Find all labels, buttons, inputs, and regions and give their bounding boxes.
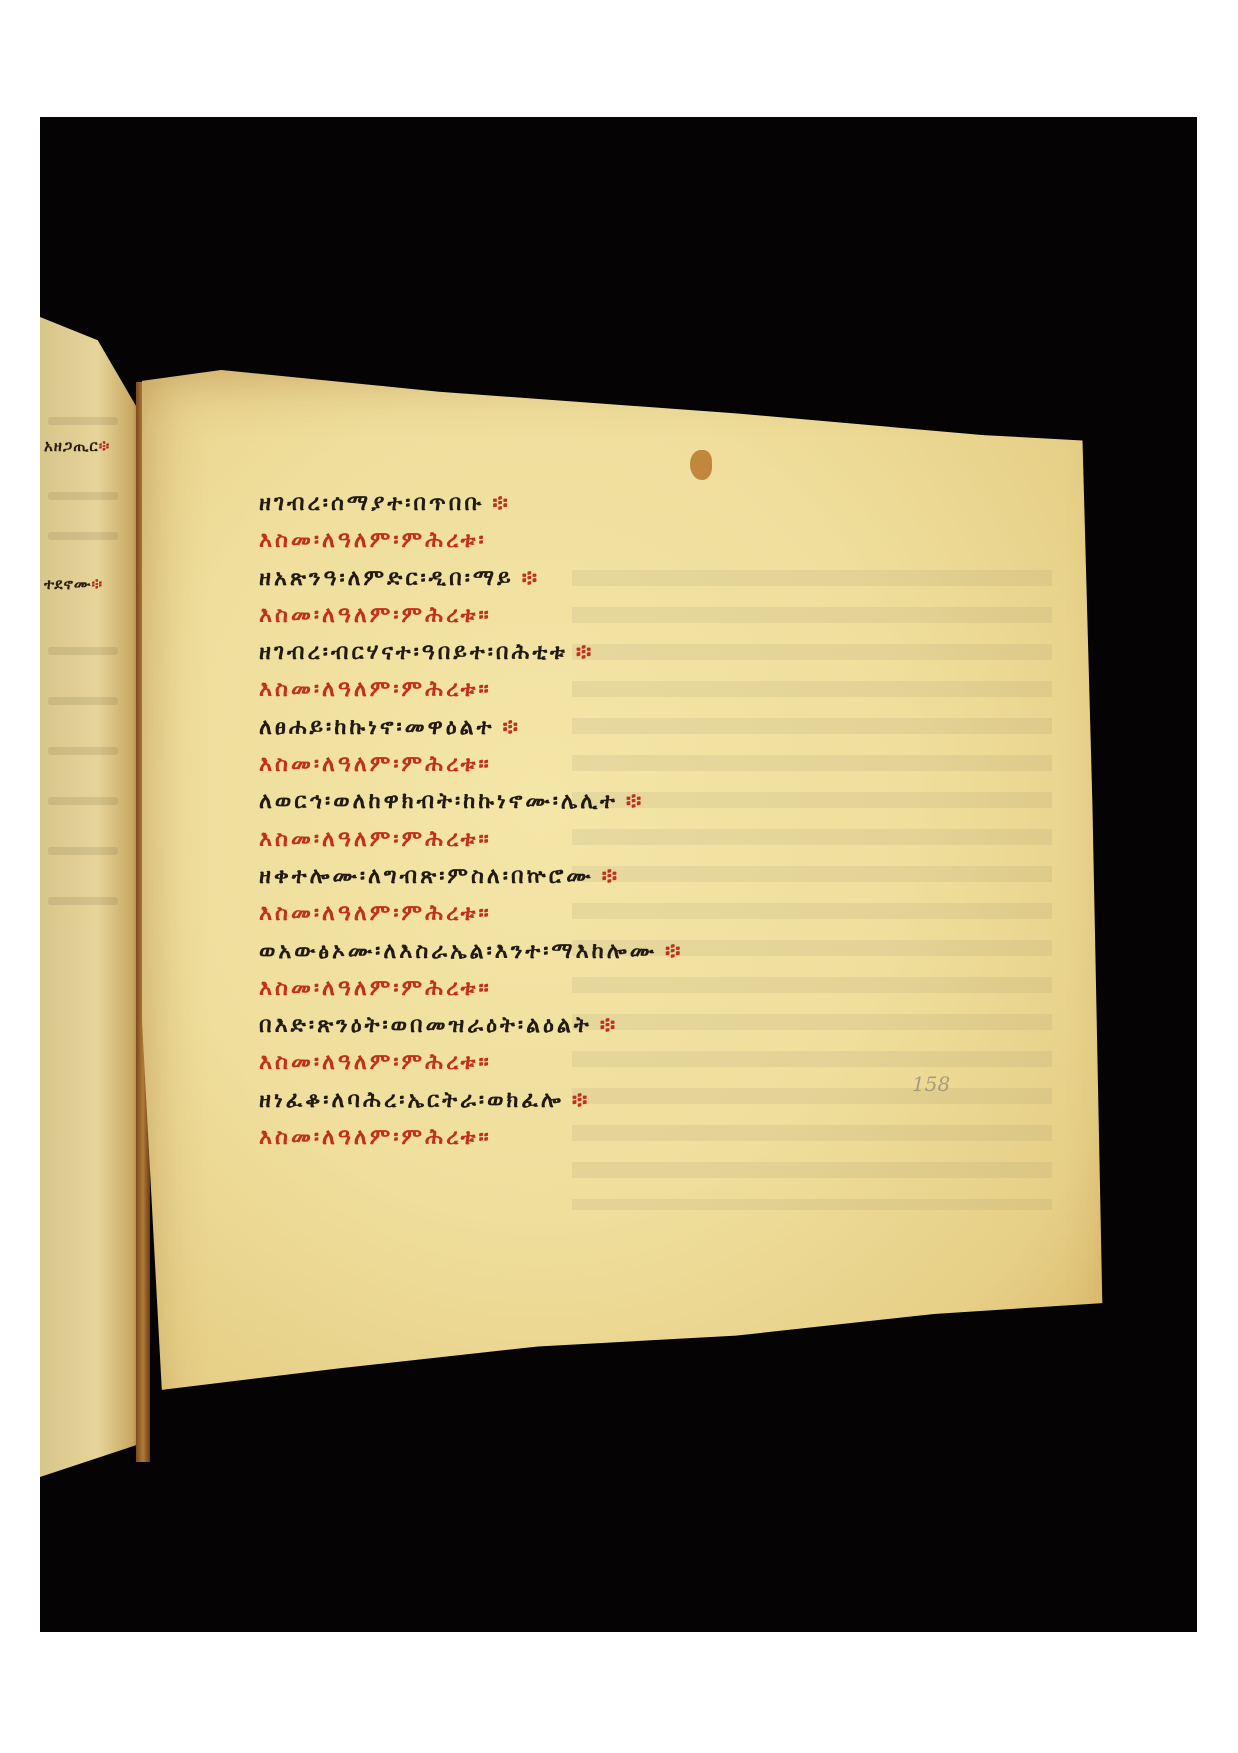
faded-text	[48, 897, 118, 905]
cross-mark-icon: ፨	[665, 939, 683, 964]
line-text: ወአውፅኦሙ፡ለእስራኤል፡እንተ፡ማእከሎሙ	[259, 939, 657, 964]
stain-mark	[690, 450, 712, 480]
cross-mark-icon: ፨	[626, 789, 644, 814]
verse-line: ለወርኅ፡ወለከዋክብት፡ከኩነኖሙ፡ሌሊተ፨	[259, 783, 684, 820]
verse-line: ዘገብረ፡ሰማያተ፡በጥበቡ፨	[259, 485, 684, 522]
cross-mark-icon: ፨	[522, 566, 540, 591]
faded-text	[48, 797, 118, 805]
line-text: እስመ፡ለዓለም፡ምሕረቱ።	[259, 752, 492, 777]
refrain-line: እስመ፡ለዓለም፡ምሕረቱ።	[259, 970, 684, 1007]
verse-line: ወአውፅኦሙ፡ለእስራኤል፡እንተ፡ማእከሎሙ፨	[259, 933, 684, 970]
bleed-through-text	[572, 570, 1052, 1210]
faded-text	[48, 697, 118, 705]
line-text: እስመ፡ለዓለም፡ምሕረቱ።	[259, 1125, 492, 1150]
line-text: እስመ፡ለዓለም፡ምሕረቱ።	[259, 827, 492, 852]
refrain-line: እስመ፡ለዓለም፡ምሕረቱ።	[259, 1119, 684, 1156]
verse-line: በእድ፡ጽንዕት፡ወበመዝራዕት፡ልዕልት፨	[259, 1007, 684, 1044]
verse-line: ዘአጽንዓ፡ለምድር፡ዲበ፡ማይ፨	[259, 560, 684, 597]
refrain-line: እስመ፡ለዓለም፡ምሕረቱ።	[259, 671, 684, 708]
verse-line: ዘቀተሎሙ፡ለግብጽ፡ምስለ፡በኵሮሙ፨	[259, 858, 684, 895]
line-text: በእድ፡ጽንዕት፡ወበመዝራዕት፡ልዕልት	[259, 1013, 592, 1038]
refrain-line: እስመ፡ለዓለም፡ምሕረቱ፡	[259, 522, 684, 559]
text-block: ዘገብረ፡ሰማያተ፡በጥበቡ፨ እስመ፡ለዓለም፡ምሕረቱ፡ ዘአጽንዓ፡ለምድ…	[259, 485, 684, 1156]
verse-line: ዘነፈቆ፡ለባሕረ፡ኤርትራ፡ወክፈሎ፨	[259, 1082, 684, 1119]
refrain-line: እስመ፡ለዓለም፡ምሕረቱ።	[259, 746, 684, 783]
refrain-line: እስመ፡ለዓለም፡ምሕረቱ።	[259, 1044, 684, 1081]
faded-text	[48, 417, 118, 425]
cross-mark-icon: ፨	[602, 864, 620, 889]
cross-mark-icon: ፨	[492, 491, 510, 516]
faded-text	[48, 532, 118, 540]
line-text: እስመ፡ለዓለም፡ምሕረቱ፡	[259, 528, 487, 553]
section-mark-icon: ፨	[99, 437, 111, 455]
line-text: ዘገብረ፡ሰማያተ፡በጥበቡ	[259, 491, 484, 516]
line-text: ዘገብረ፡ብርሃናተ፡ዓበይተ፡በሕቲቱ	[259, 640, 568, 665]
line-text: እስመ፡ለዓለም፡ምሕረቱ።	[259, 976, 492, 1001]
cross-mark-icon: ፨	[600, 1013, 618, 1038]
faded-text	[48, 747, 118, 755]
cross-mark-icon: ፨	[576, 640, 594, 665]
fragment-text: አዘጋጢር	[44, 437, 99, 455]
line-text: ዘአጽንዓ፡ለምድር፡ዲበ፡ማይ	[259, 566, 514, 591]
cross-mark-icon: ፨	[502, 715, 520, 740]
line-text: ዘቀተሎሙ፡ለግብጽ፡ምስለ፡በኵሮሙ	[259, 864, 594, 889]
left-page-fragment: ተደኖሙ፨	[44, 575, 103, 593]
line-text: ዘነፈቆ፡ለባሕረ፡ኤርትራ፡ወክፈሎ	[259, 1088, 564, 1113]
manuscript-page: ዘገብረ፡ሰማያተ፡በጥበቡ፨ እስመ፡ለዓለም፡ምሕረቱ፡ ዘአጽንዓ፡ለምድ…	[142, 370, 1132, 1455]
line-text: ለፀሐይ፡ከኩነኖ፡መዋዕልተ	[259, 715, 494, 740]
line-text: ለወርኅ፡ወለከዋክብት፡ከኩነኖሙ፡ሌሊተ	[259, 789, 618, 814]
section-mark-icon: ፨	[91, 575, 103, 593]
line-text: እስመ፡ለዓለም፡ምሕረቱ።	[259, 1050, 492, 1075]
refrain-line: እስመ፡ለዓለም፡ምሕረቱ።	[259, 821, 684, 858]
fragment-text: ተደኖሙ	[44, 575, 91, 593]
line-text: እስመ፡ለዓለም፡ምሕረቱ።	[259, 901, 492, 926]
manuscript-photo: አዘጋጢር፨ ተደኖሙ፨ ዘገብረ፡ሰማያተ፡በጥበቡ፨ እስመ፡ለዓለም፡ምሕ…	[40, 117, 1197, 1632]
left-page-fragment: አዘጋጢር፨	[44, 437, 110, 455]
facing-left-page: አዘጋጢር፨ ተደኖሙ፨	[40, 317, 145, 1477]
folio-number: 158	[912, 1072, 950, 1096]
faded-text	[48, 492, 118, 500]
line-text: እስመ፡ለዓለም፡ምሕረቱ።	[259, 677, 492, 702]
verse-line: ለፀሐይ፡ከኩነኖ፡መዋዕልተ፨	[259, 709, 684, 746]
faded-text	[48, 847, 118, 855]
line-text: እስመ፡ለዓለም፡ምሕረቱ።	[259, 603, 492, 628]
faded-text	[48, 647, 118, 655]
cross-mark-icon: ፨	[572, 1088, 590, 1113]
refrain-line: እስመ፡ለዓለም፡ምሕረቱ።	[259, 597, 684, 634]
refrain-line: እስመ፡ለዓለም፡ምሕረቱ።	[259, 895, 684, 932]
verse-line: ዘገብረ፡ብርሃናተ፡ዓበይተ፡በሕቲቱ፨	[259, 634, 684, 671]
